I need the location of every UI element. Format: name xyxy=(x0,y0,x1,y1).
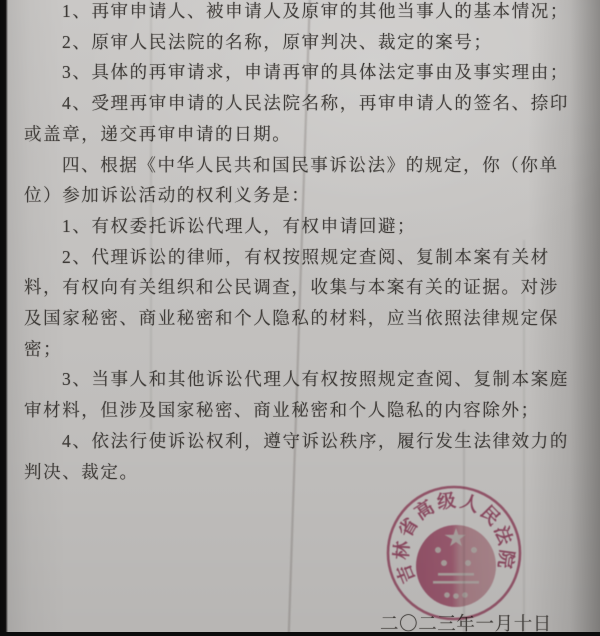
text-line: 位）参加诉讼活动的权利义务是： xyxy=(24,180,586,211)
small-star-icon xyxy=(471,547,477,553)
text-line: 1、有权委托诉讼代理人，有权申请回避； xyxy=(24,211,586,242)
text-line: 3、具体的再审请求，申请再审的具体法定事由及事实理由； xyxy=(24,57,586,88)
photo-edge-bottom xyxy=(0,632,600,636)
text-line: 四、根据《中华人民共和国民事诉讼法》的规定，你（你单 xyxy=(24,150,586,181)
document-photo: 1、再审申请人、被申请人及原审的其他当事人的基本情况； 2、原审人民法院的名称，… xyxy=(0,0,600,636)
small-star-icon xyxy=(441,560,447,566)
small-star-icon xyxy=(465,560,471,566)
national-emblem-icon xyxy=(416,525,496,607)
small-star-icon xyxy=(435,547,441,553)
photo-edge-left xyxy=(0,0,8,636)
gate-arch xyxy=(453,593,459,599)
text-line: 密； xyxy=(24,334,586,365)
official-seal: 吉林省高级人民法院 xyxy=(378,477,538,629)
gate-roof-line xyxy=(438,573,474,576)
text-line: 或盖章，递交再审申请的日期。 xyxy=(24,119,586,150)
gate-roof-line xyxy=(433,581,479,584)
text-line: 3、当事人和其他诉讼代理人有权按照规定查阅、复制本案庭 xyxy=(24,364,586,395)
document-body: 1、再审申请人、被申请人及原审的其他当事人的基本情况； 2、原审人民法院的名称，… xyxy=(24,0,586,487)
text-line: 2、代理诉讼的律师，有权按照规定查阅、复制本案有关材 xyxy=(24,242,586,273)
gate-arch xyxy=(462,592,468,598)
text-line: 4、受理再审申请的人民法院名称，再审申请人的签名、捺印 xyxy=(24,88,586,119)
text-line: 2、原审人民法院的名称，原审判决、裁定的案号； xyxy=(24,27,586,58)
text-line: 审材料，但涉及国家秘密、商业秘密和个人隐私的内容除外； xyxy=(24,395,586,426)
text-line: 料，有权向有关组织和公民调查，收集与本案有关的证据。对涉 xyxy=(24,272,586,303)
text-line: 1、再审申请人、被申请人及原审的其他当事人的基本情况； xyxy=(24,0,586,27)
gate-arch xyxy=(444,592,450,598)
text-line: 及国家秘密、商业秘密和个人隐私的材料，应当依照法律规定保 xyxy=(24,303,586,334)
text-line: 4、依法行使诉讼权利，遵守诉讼秩序，履行发生法律效力的 xyxy=(24,426,586,457)
